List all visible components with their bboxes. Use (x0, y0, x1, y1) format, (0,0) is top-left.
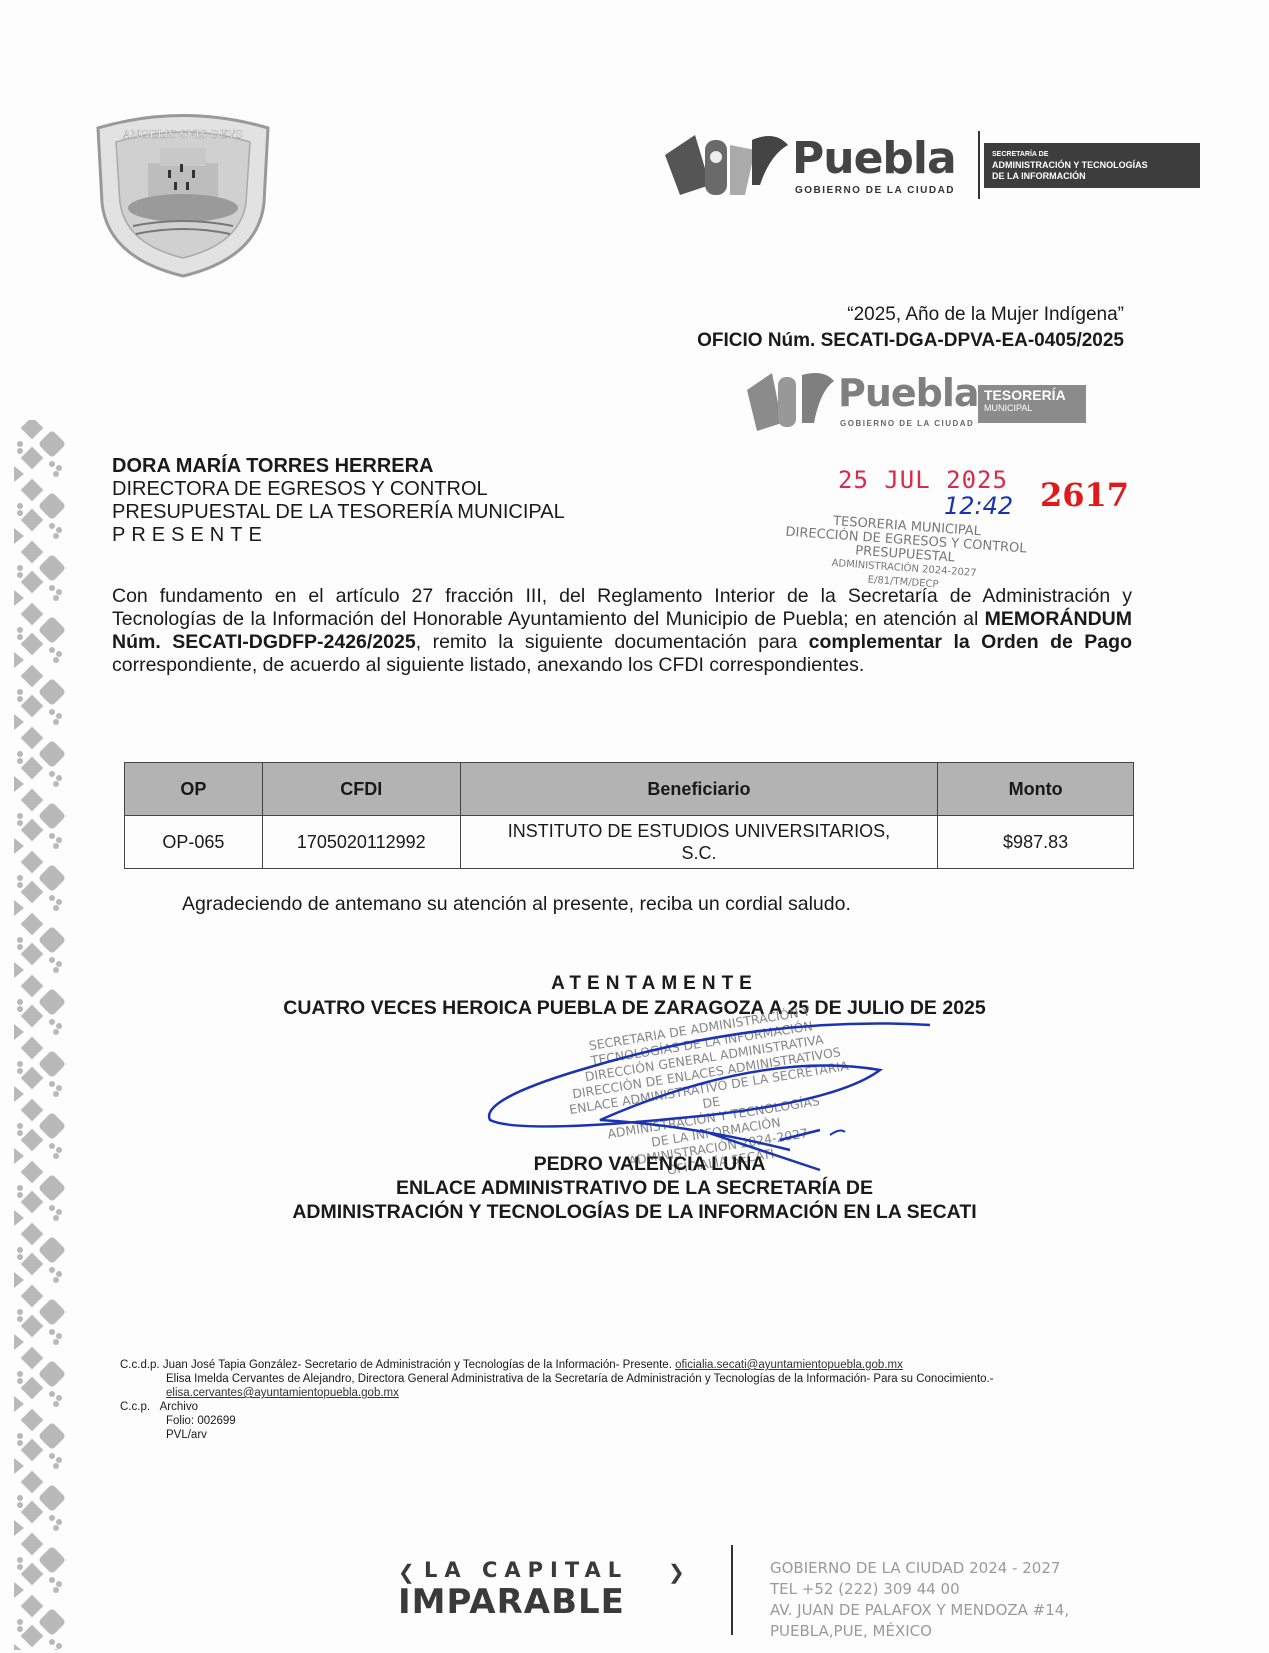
oficio-number: OFICIO Núm. SECATI-DGA-DPVA-EA-0405/2025 (697, 330, 1124, 352)
header-logo: Puebla GOBIERNO DE LA CIUDAD SECRETARÍA … (660, 125, 1200, 205)
footer-line: GOBIERNO DE LA CIUDAD 2024 - 2027 (770, 1558, 1069, 1579)
addressee-title: PRESUPUESTAL DE LA TESORERÍA MUNICIPAL (112, 501, 565, 524)
wing-right-icon: ❯ (668, 1560, 685, 1585)
column-header-op: OP (125, 763, 263, 816)
body-text: Con fundamento en el artículo 27 fracció… (112, 585, 1132, 630)
logo-divider (978, 131, 980, 199)
body-paragraph: Con fundamento en el artículo 27 fracció… (112, 585, 1132, 677)
ccp-label: C.c.p. (120, 1401, 150, 1413)
carbon-copy-block: C.c.d.p. Juan José Tapia González- Secre… (120, 1358, 1100, 1442)
signer-title: ADMINISTRACIÓN Y TECNOLOGÍAS DE LA INFOR… (0, 1200, 1269, 1224)
email-link[interactable]: elisa.cervantes@ayuntamientopuebla.gob.m… (166, 1387, 399, 1399)
stamp-tesoreria-box: TESORERÍA MUNICIPAL (978, 385, 1086, 423)
slogan-top: LA CAPITAL (398, 1558, 698, 1582)
ccdp-recipient: Elisa Imelda Cervantes de Alejandro, Dir… (166, 1373, 994, 1385)
stamp-logo-subtitle: GOBIERNO DE LA CIUDAD (840, 419, 974, 428)
folio-number: Folio: 002699 (120, 1414, 1100, 1428)
la-capital-imparable-logo: LA CAPITAL IMPARABLE ❮ ❯ (398, 1558, 698, 1648)
addressee-name: DORA MARÍA TORRES HERRERA (112, 455, 565, 478)
dept-line: SECRETARÍA DE (992, 149, 1192, 160)
signer-name: PEDRO VALENCIA LUNA (0, 1152, 1269, 1176)
puebla-city-icon (660, 125, 790, 195)
dept-line: DE LA INFORMACIÓN (992, 171, 1192, 182)
cell-op: OP-065 (125, 816, 263, 869)
slogan-bottom: IMPARABLE (398, 1582, 698, 1622)
presente-label: PRESENTE (112, 524, 565, 547)
received-folio-number: 2617 (1040, 476, 1129, 514)
complement-phrase: complementar la Orden de Pago (809, 631, 1132, 653)
city-crest-icon: ANGELIS SVIS DEVS (88, 108, 278, 278)
received-date-stamp: 25 JUL 2025 (838, 466, 1008, 494)
column-header-beneficiario: Beneficiario (460, 763, 937, 816)
ccdp-recipient: Juan José Tapia González- Secretario de … (163, 1359, 675, 1371)
tesoreria-logo-stamp: Puebla GOBIERNO DE LA CIUDAD TESORERÍA M… (742, 365, 1092, 445)
column-header-monto: Monto (938, 763, 1134, 816)
stamp-dept: TESORERÍA (984, 387, 1080, 403)
puebla-city-icon (742, 365, 837, 435)
email-link[interactable]: oficialia.secati@ayuntamientopuebla.gob.… (675, 1359, 903, 1371)
logo-puebla-word: Puebla (792, 133, 956, 184)
signer-title: ENLACE ADMINISTRATIVO DE LA SECRETARÍA D… (0, 1176, 1269, 1200)
ccp-item: Archivo (160, 1401, 198, 1413)
footer-divider (731, 1545, 733, 1635)
ccdp-line: Elisa Imelda Cervantes de Alejandro, Dir… (120, 1372, 1100, 1400)
table-row: OP-065 1705020112992 INSTITUTO DE ESTUDI… (125, 816, 1134, 869)
cell-monto: $987.83 (938, 816, 1134, 869)
payment-order-table: OP CFDI Beneficiario Monto OP-065 170502… (124, 762, 1134, 869)
table-header-row: OP CFDI Beneficiario Monto (125, 763, 1134, 816)
decorative-border (14, 420, 76, 1650)
footer-contact-info: GOBIERNO DE LA CIUDAD 2024 - 2027 TEL +5… (770, 1558, 1069, 1642)
stamp-dept-sub: MUNICIPAL (984, 403, 1080, 413)
svg-text:ANGELIS SVIS DEVS: ANGELIS SVIS DEVS (122, 128, 243, 141)
logo-subtitle: GOBIERNO DE LA CIUDAD (795, 185, 955, 196)
addressee-title: DIRECTORA DE EGRESOS Y CONTROL (112, 478, 565, 501)
beneficiario-line: S.C. (462, 842, 936, 864)
stamp-puebla-word: Puebla (838, 371, 979, 415)
body-text: , remito la siguiente documentación para (416, 631, 809, 653)
atentamente-label: ATENTAMENTE (0, 973, 1269, 995)
column-header-cfdi: CFDI (262, 763, 460, 816)
beneficiario-line: INSTITUTO DE ESTUDIOS UNIVERSITARIOS, (462, 820, 936, 842)
addressee-block: DORA MARÍA TORRES HERRERA DIRECTORA DE E… (112, 455, 565, 547)
footer-line: PUEBLA,PUE, MÉXICO (770, 1621, 1069, 1642)
ccdp-label: C.c.d.p. (120, 1359, 160, 1371)
dept-line: ADMINISTRACIÓN Y TECNOLOGÍAS (992, 160, 1192, 171)
ccdp-line: C.c.d.p. Juan José Tapia González- Secre… (120, 1358, 1100, 1372)
year-motto: “2025, Año de la Mujer Indígena” (847, 304, 1124, 326)
closing-thanks: Agradeciendo de antemano su atención al … (182, 893, 851, 916)
ccp-line: C.c.p. Archivo (120, 1400, 1100, 1414)
cell-beneficiario: INSTITUTO DE ESTUDIOS UNIVERSITARIOS, S.… (460, 816, 937, 869)
initials: PVL/arv (120, 1428, 1100, 1442)
footer-line: TEL +52 (222) 309 44 00 (770, 1579, 1069, 1600)
signer-block: PEDRO VALENCIA LUNA ENLACE ADMINISTRATIV… (0, 1152, 1269, 1224)
footer-line: AV. JUAN DE PALAFOX Y MENDOZA #14, (770, 1600, 1069, 1621)
logo-department-box: SECRETARÍA DE ADMINISTRACIÓN Y TECNOLOGÍ… (984, 143, 1200, 188)
wing-left-icon: ❮ (398, 1560, 415, 1585)
body-text: correspondiente, de acuerdo al siguiente… (112, 654, 864, 676)
received-time-handwritten: 12:42 (944, 492, 1013, 520)
cell-cfdi: 1705020112992 (262, 816, 460, 869)
